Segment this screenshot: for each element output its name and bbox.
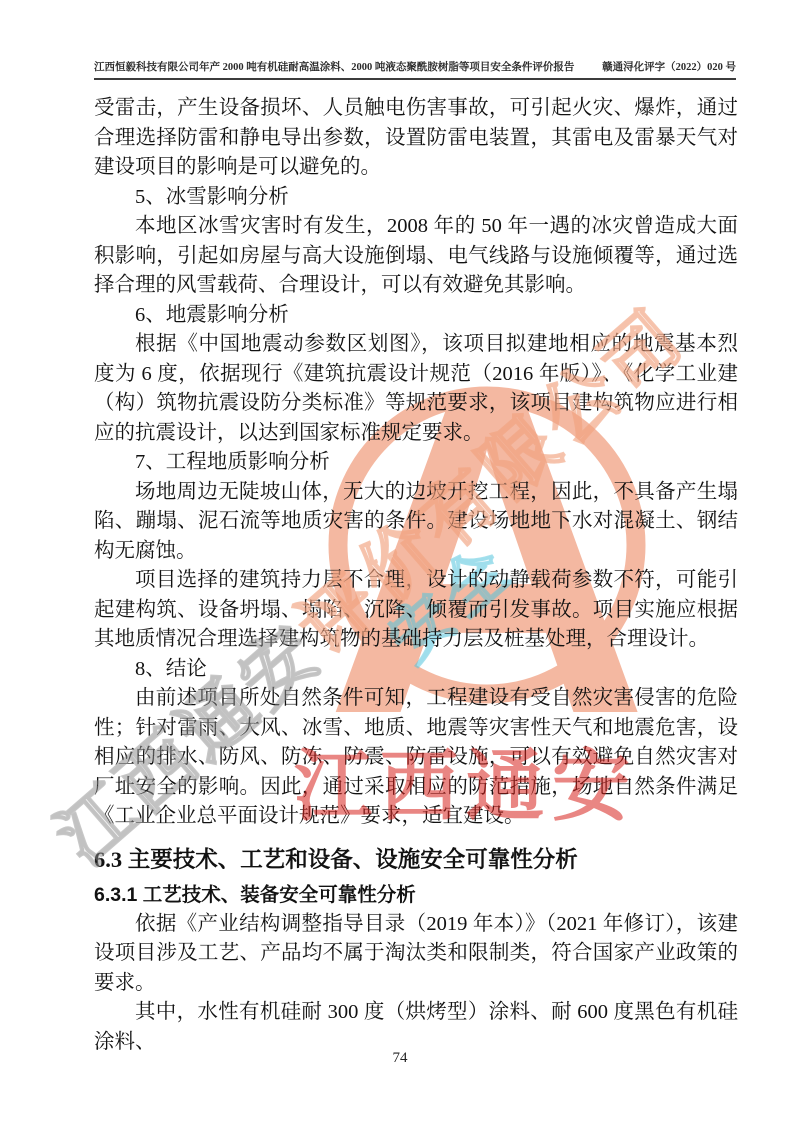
paragraph: 本地区冰雪灾害时有发生，2008 年的 50 年一遇的冰灾曾造成大面积影响，引起…: [94, 212, 738, 301]
numbered-heading: 5、冰雪影响分析: [94, 183, 738, 213]
paragraph-continuation: 受雷击，产生设备损坏、人员触电伤害事故，可引起火灾、爆炸，通过合理选择防雷和静电…: [94, 94, 738, 183]
paragraph: 依据《产业结构调整指导目录（2019 年本）》（2021 年修订），该建设项目涉…: [94, 910, 738, 999]
document-body: 受雷击，产生设备损坏、人员触电伤害事故，可引起火灾、爆炸，通过合理选择防雷和静电…: [94, 94, 738, 1057]
header-doc-number: 赣通浔化评字（2022）020 号: [602, 60, 736, 75]
report-page: A 安全 江西通安评价有限公司 江西通安 江西恒毅科技有限公司年产 2000 吨…: [0, 0, 800, 1131]
numbered-heading: 6、地震影响分析: [94, 301, 738, 331]
numbered-heading: 7、工程地质影响分析: [94, 448, 738, 478]
paragraph: 由前述项目所处自然条件可知，工程建设有受自然灾害侵害的危险性；针对雷雨、大风、冰…: [94, 684, 738, 832]
page-number: 74: [0, 1050, 800, 1067]
paragraph: 场地周边无陡坡山体，无大的边坡开挖工程，因此，不具备产生塌陷、蹦塌、泥石流等地质…: [94, 478, 738, 567]
page-header: 江西恒毅科技有限公司年产 2000 吨有机硅耐高温涂料、2000 吨液态聚酰胺树…: [94, 60, 736, 80]
header-report-title: 江西恒毅科技有限公司年产 2000 吨有机硅耐高温涂料、2000 吨液态聚酰胺树…: [94, 60, 592, 75]
subsection-heading: 6.3.1 工艺技术、装备安全可靠性分析: [94, 881, 738, 910]
section-heading: 6.3 主要技术、工艺和设备、设施安全可靠性分析: [94, 844, 738, 876]
numbered-heading: 8、结论: [94, 655, 738, 685]
paragraph: 其中，水性有机硅耐 300 度（烘烤型）涂料、耐 600 度黑色有机硅涂料、: [94, 998, 738, 1057]
paragraph: 根据《中国地震动参数区划图》，该项目拟建地相应的地震基本烈度为 6 度，依据现行…: [94, 330, 738, 448]
paragraph: 项目选择的建筑持力层不合理，设计的动静载荷参数不符，可能引起建构筑、设备坍塌、塌…: [94, 566, 738, 655]
